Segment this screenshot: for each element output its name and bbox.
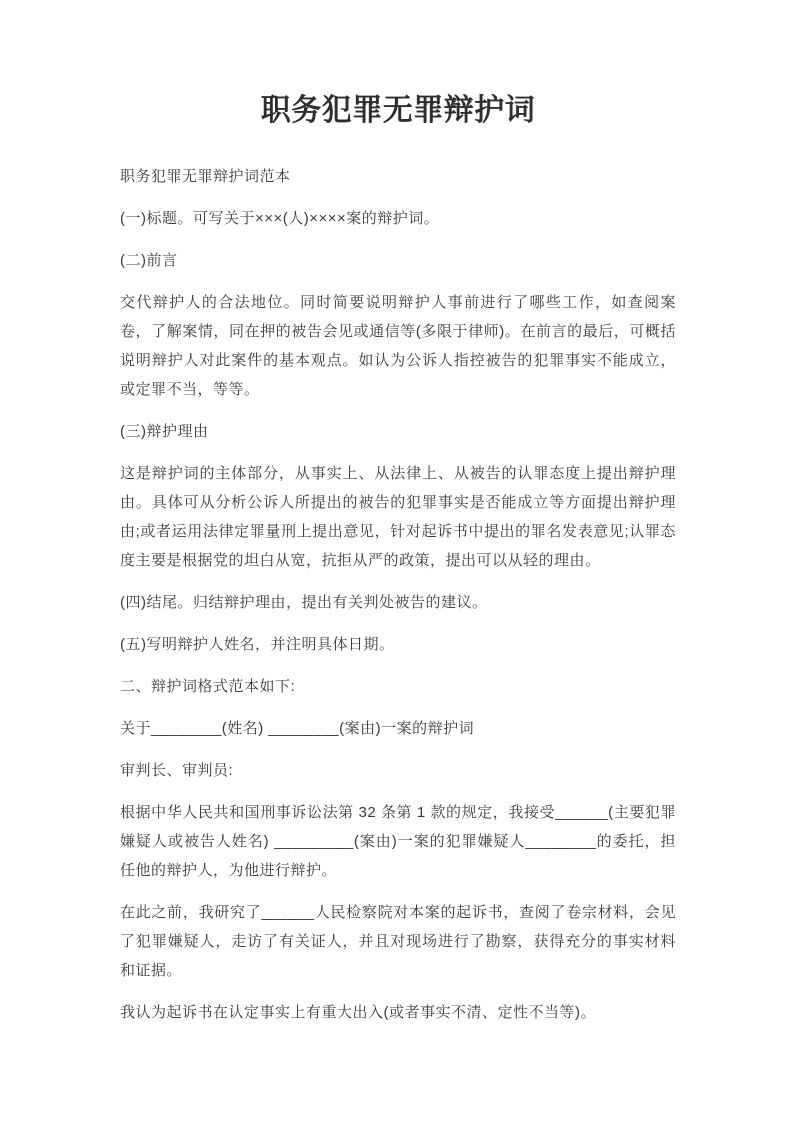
defense-reasons-body: 这是辩护词的主体部分，从事实上、从法律上、从被告的认罪态度上提出辩护理由。具体可… [120,459,676,575]
format-sample-heading: 二、辩护词格式范本如下: [120,672,676,701]
investigation-paragraph: 在此之前，我研究了______人民检察院对本案的起诉书，查阅了卷宗材料，会见了犯… [120,898,676,985]
item-5-signature-note: (五)写明辩护人姓名，并注明具体日期。 [120,630,676,659]
item-1-title-note: (一)标题。可写关于×××(人)××××案的辩护词。 [120,204,676,233]
opinion-paragraph: 我认为起诉书在认定事实上有重大出入(或者事实不清、定性不当等)。 [120,998,676,1027]
document-title: 职务犯罪无罪辩护词 [120,90,676,132]
item-2-foreword-heading: (二)前言 [120,246,676,275]
foreword-body: 交代辩护人的合法地位。同时简要说明辩护人事前进行了哪些工作，如查阅案卷，了解案情… [120,288,676,404]
case-title-line: 关于________(姓名) ________(案由)一案的辩护词 [120,714,676,743]
document-page: 职务犯罪无罪辩护词 职务犯罪无罪辩护词范本 (一)标题。可写关于×××(人)××… [0,0,793,1122]
doc-subtitle: 职务犯罪无罪辩护词范本 [120,162,676,191]
salutation-line: 审判长、审判员: [120,756,676,785]
item-4-ending-note: (四)结尾。归结辩护理由，提出有关判处被告的建议。 [120,588,676,617]
item-3-defense-reasons-heading: (三)辩护理由 [120,417,676,446]
acceptance-paragraph: 根据中华人民共和国刑事诉讼法第 32 条第 1 款的规定，我接受______(主… [120,798,676,885]
